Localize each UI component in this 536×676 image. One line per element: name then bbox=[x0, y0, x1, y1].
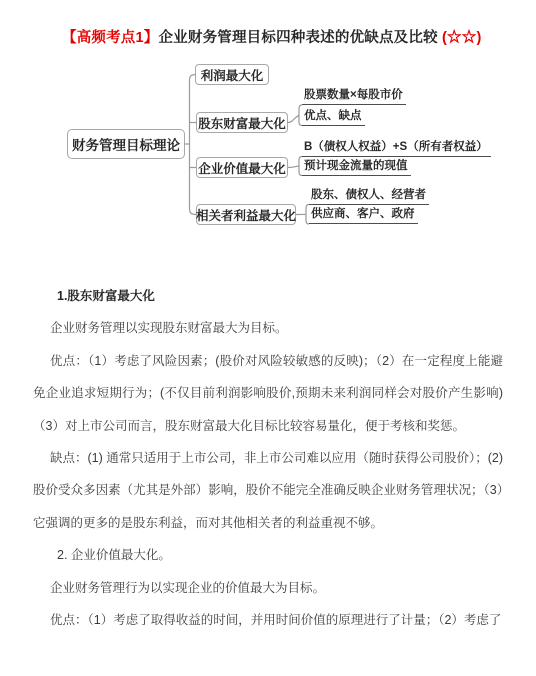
section1-heading: 1.股东财富最大化 bbox=[33, 280, 503, 312]
mindmap-node-stakeholder-interest-max: 相关者利益最大化 bbox=[196, 204, 296, 225]
connector-trunk bbox=[190, 75, 197, 215]
connector-b2-stub bbox=[288, 116, 299, 123]
mindmap-leaf-stock-price-formula: 股票数量×每股市价 bbox=[302, 88, 406, 105]
section1-intro: 企业财务管理以实现股东财富最大为目标。 bbox=[33, 312, 503, 344]
mindmap-leaf-cashflow-present-value: 预计现金流量的现值 bbox=[302, 159, 411, 176]
mindmap-node-shareholder-wealth-max: 股东财富最大化 bbox=[196, 112, 288, 133]
mindmap-leaf-pros-cons: 优点、缺点 bbox=[302, 109, 365, 126]
section1-disadvantages: 缺点：(1) 通常只适用于上市公司，非上市公司难以应用（随时获得公司股价）；(2… bbox=[33, 442, 503, 539]
mindmap-leaf-stakeholders-2: 供应商、客户、政府 bbox=[309, 207, 418, 224]
section2-heading: 2. 企业价值最大化。 bbox=[33, 539, 503, 571]
section2-intro: 企业财务管理行为以实现企业的价值最大为目标。 bbox=[33, 572, 503, 604]
connector-b3-stub bbox=[288, 166, 299, 168]
body-text: 1.股东财富最大化 企业财务管理以实现股东财富最大为目标。 优点：（1）考虑了风… bbox=[33, 280, 503, 636]
mindmap-node-enterprise-value-max: 企业价值最大化 bbox=[196, 157, 288, 178]
mindmap-diagram: 财务管理目标理论 利润最大化 股东财富最大化 企业价值最大化 相关者利益最大化 … bbox=[0, 0, 536, 250]
section1-advantages: 优点：（1）考虑了风险因素；(股价对风险较敏感的反映)；（2）在一定程度上能避免… bbox=[33, 345, 503, 442]
document-page: { "title": { "tag": "【高频考点1】", "text": "… bbox=[0, 0, 536, 676]
section2-advantages: 优点：（1）考虑了取得收益的时间，并用时间价值的原理进行了计量；（2）考虑了 bbox=[33, 604, 503, 636]
mindmap-leaf-stakeholders-1: 股东、债权人、经营者 bbox=[309, 188, 429, 205]
mindmap-node-profit-max: 利润最大化 bbox=[195, 64, 269, 85]
mindmap-leaf-value-formula: B（债权人权益）+S（所有者权益） bbox=[302, 140, 491, 157]
mindmap-root-node: 财务管理目标理论 bbox=[67, 129, 185, 159]
